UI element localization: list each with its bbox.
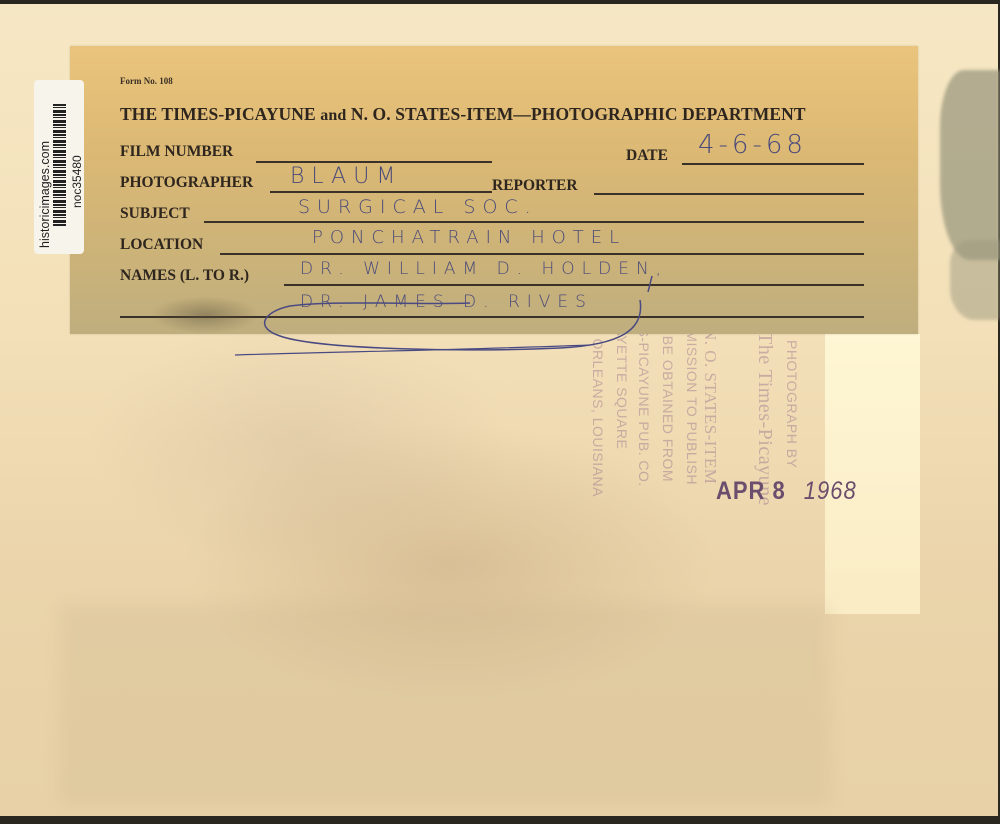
sticker-site-text: historicimages.com bbox=[38, 141, 52, 248]
barcode bbox=[53, 104, 66, 226]
photographer-label: PHOTOGRAPHER bbox=[120, 174, 253, 192]
received-date-stamp: APR 81968 bbox=[716, 476, 857, 506]
location-label: LOCATION bbox=[120, 236, 203, 254]
sticker-code-text: noc35480 bbox=[70, 155, 84, 208]
stamp-month-day: APR 8 bbox=[716, 476, 786, 505]
subject-line bbox=[204, 221, 864, 223]
water-stain bbox=[950, 240, 1000, 320]
date-label: DATE bbox=[626, 147, 668, 165]
barcode-sticker: historicimages.com noc35480 bbox=[34, 80, 84, 254]
names-value-line-1: DR. WILLIAM D. HOLDEN, bbox=[300, 259, 668, 279]
stamp-line: N. O. STATES-ITEM bbox=[700, 328, 720, 484]
location-value: PONCHATRAIN HOTEL bbox=[312, 227, 626, 248]
form-number: Form No. 108 bbox=[120, 76, 173, 86]
form-title: THE TIMES-PICAYUNE and N. O. STATES-ITEM… bbox=[120, 104, 806, 125]
date-value: 4-6-68 bbox=[698, 130, 807, 160]
stamp-line: PHOTOGRAPH BY bbox=[784, 340, 800, 468]
reporter-line bbox=[594, 193, 864, 195]
photo-department-label: Form No. 108 THE TIMES-PICAYUNE and N. O… bbox=[70, 46, 918, 334]
shadow-band bbox=[60, 604, 830, 804]
film-number-line bbox=[256, 161, 492, 163]
subject-label: SUBJECT bbox=[120, 205, 190, 223]
names-value-line-2: DR. JAMES D. RIVES bbox=[300, 292, 593, 312]
stamp-year: 1968 bbox=[804, 476, 857, 505]
photographer-value: BLAUM bbox=[290, 164, 402, 189]
subject-value: SURGICAL SOC. bbox=[298, 196, 538, 218]
names-line-1 bbox=[284, 284, 864, 286]
reporter-label: REPORTER bbox=[492, 177, 578, 195]
light-patch bbox=[825, 334, 920, 614]
water-stain bbox=[940, 70, 1000, 260]
ink-smudge bbox=[150, 296, 260, 334]
film-number-label: FILM NUMBER bbox=[120, 143, 233, 161]
names-label: NAMES (L. TO R.) bbox=[120, 267, 249, 285]
photographer-line bbox=[270, 191, 492, 193]
date-line bbox=[682, 163, 864, 165]
location-line bbox=[220, 253, 864, 255]
